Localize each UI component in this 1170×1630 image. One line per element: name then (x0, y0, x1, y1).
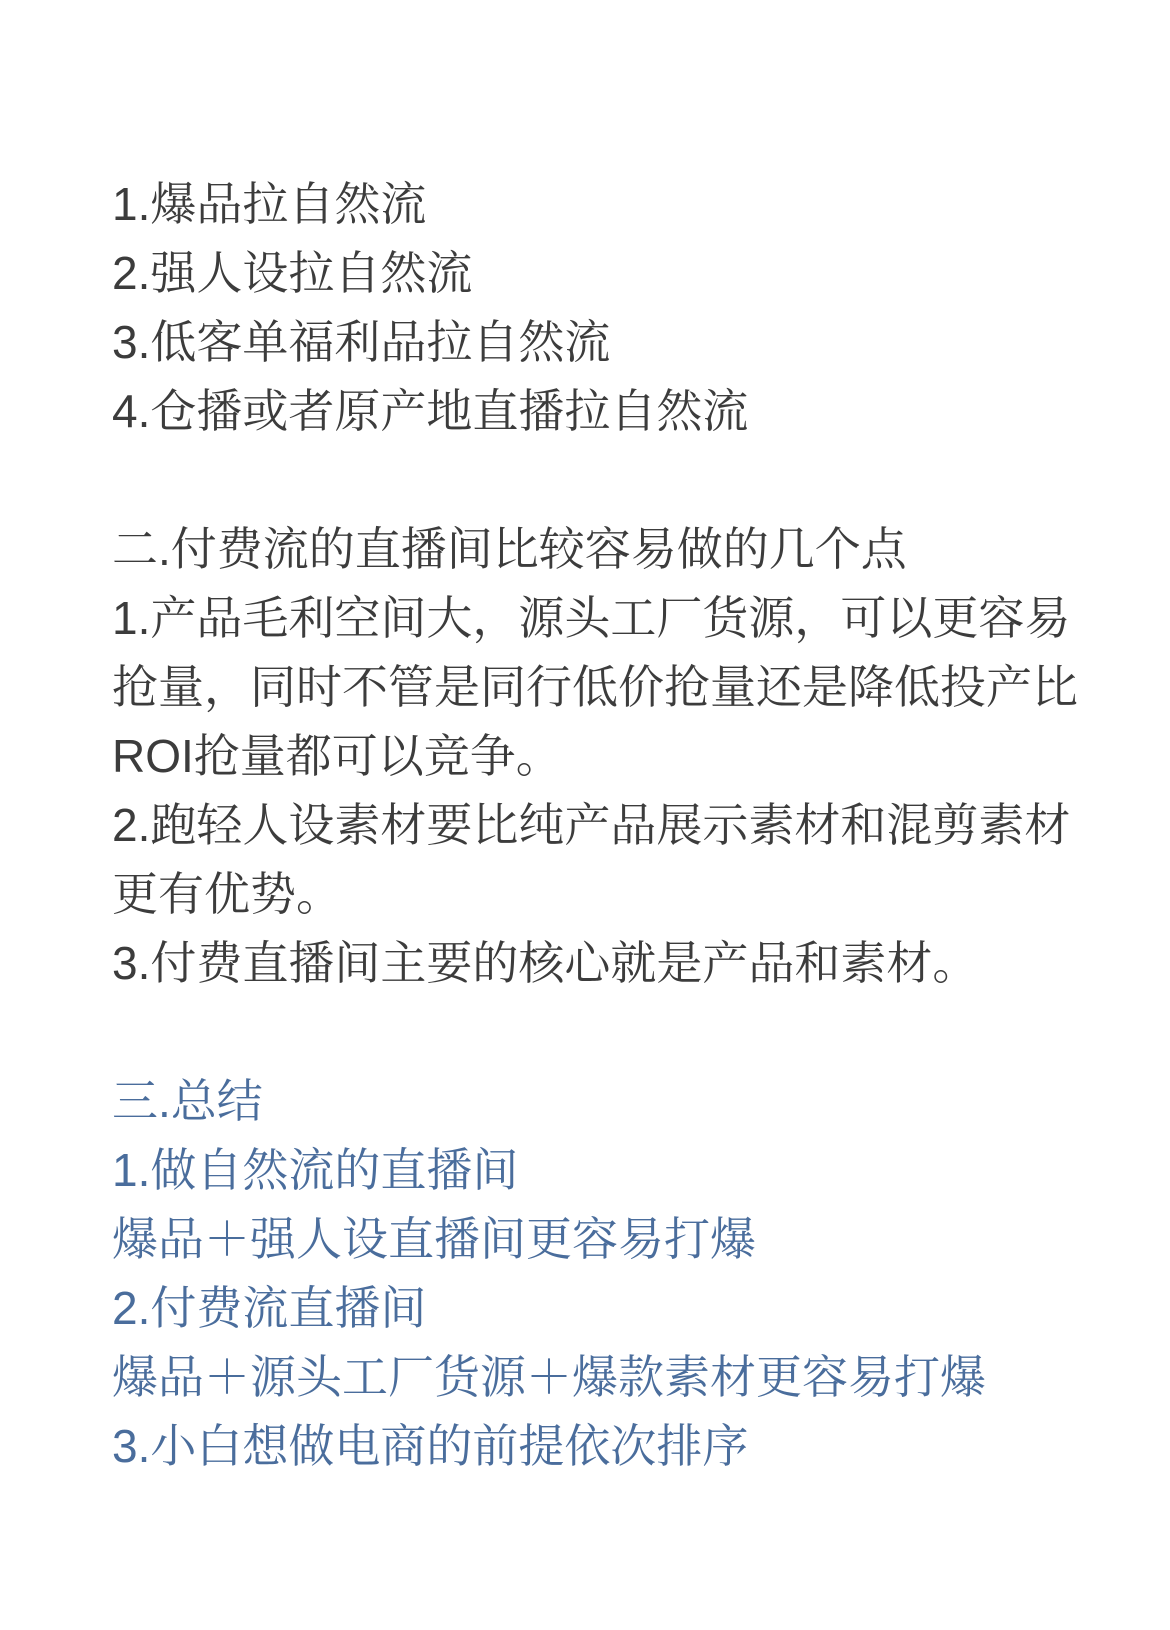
text-line: 抢量，同时不管是同行低价抢量还是降低投产比 (112, 653, 1110, 722)
text-line: 3.小白想做电商的前提依次排序 (112, 1412, 1110, 1481)
text-line: 爆品＋源头工厂货源＋爆款素材更容易打爆 (112, 1343, 1110, 1412)
text-line: 1.产品毛利空间大，源头工厂货源，可以更容易 (112, 584, 1110, 653)
text-line: 1.爆品拉自然流 (112, 170, 1110, 239)
text-line: 3.低客单福利品拉自然流 (112, 308, 1110, 377)
text-line: 2.付费流直播间 (112, 1274, 1110, 1343)
section-natural-flow-list: 1.爆品拉自然流 2.强人设拉自然流 3.低客单福利品拉自然流 4.仓播或者原产… (112, 170, 1110, 446)
text-line: 2.跑轻人设素材要比纯产品展示素材和混剪素材 (112, 791, 1110, 860)
text-line: ROI抢量都可以竞争。 (112, 722, 1110, 791)
section-heading: 三.总结 (112, 1067, 1110, 1136)
section-heading: 二.付费流的直播间比较容易做的几个点 (112, 515, 1110, 584)
text-line: 4.仓播或者原产地直播拉自然流 (112, 377, 1110, 446)
text-line: 更有优势。 (112, 860, 1110, 929)
text-line: 3.付费直播间主要的核心就是产品和素材。 (112, 929, 1110, 998)
text-line: 2.强人设拉自然流 (112, 239, 1110, 308)
section-paid-flow-points: 二.付费流的直播间比较容易做的几个点 1.产品毛利空间大，源头工厂货源，可以更容… (112, 515, 1110, 998)
text-line: 爆品＋强人设直播间更容易打爆 (112, 1205, 1110, 1274)
text-line: 1.做自然流的直播间 (112, 1136, 1110, 1205)
section-summary: 三.总结 1.做自然流的直播间 爆品＋强人设直播间更容易打爆 2.付费流直播间 … (112, 1067, 1110, 1481)
text-post-content: 1.爆品拉自然流 2.强人设拉自然流 3.低客单福利品拉自然流 4.仓播或者原产… (0, 0, 1170, 1481)
